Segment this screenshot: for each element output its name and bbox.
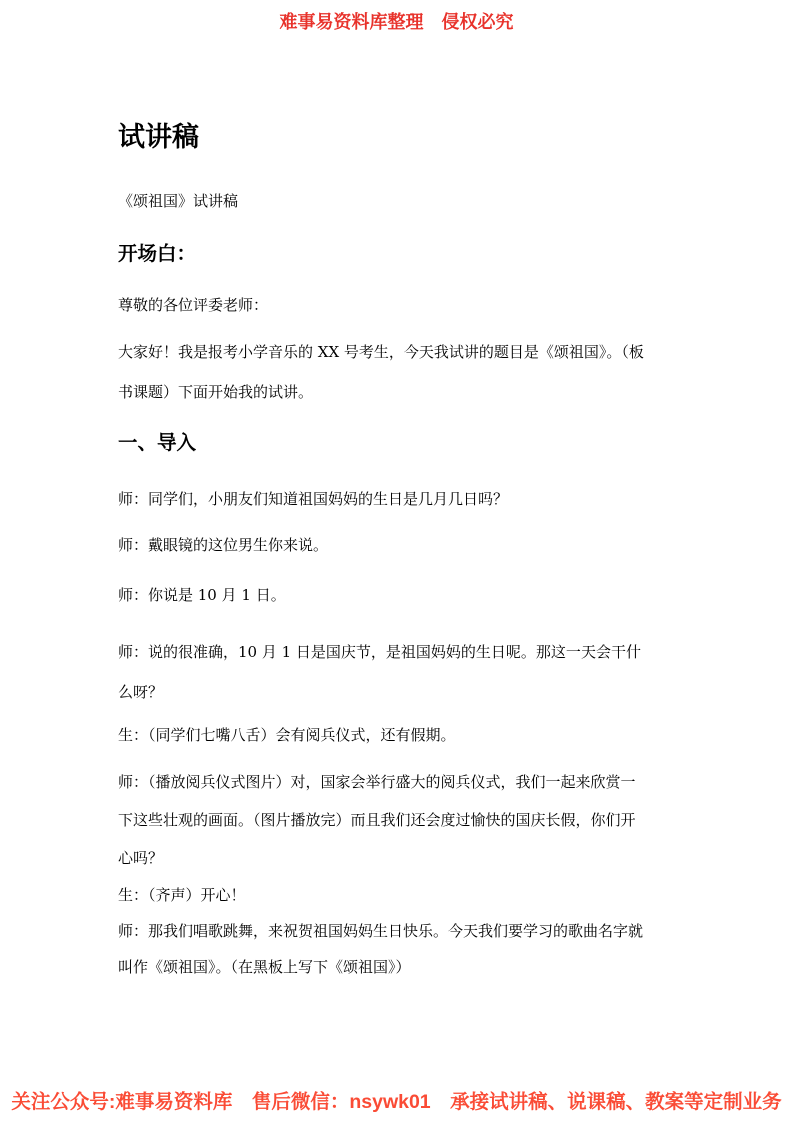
header-watermark-notice: 难事易资料库整理 侵权必究 — [0, 11, 793, 33]
section-heading-lead-in: 一、导入 — [118, 429, 678, 457]
section-heading-opening: 开场白： — [118, 240, 678, 268]
doc-paragraph: 生：（齐声）开心！ — [118, 877, 678, 913]
doc-paragraph: 师：（播放阅兵仪式图片）对，国家会举行盛大的阅兵仪式，我们一起来欣赏一 下这些壮… — [118, 763, 678, 877]
doc-paragraph: 师：说的很准确，10 月 1 日是国庆节，是祖国妈妈的生日呢。那这一天会干什 么… — [118, 632, 678, 712]
document-title: 试讲稿 — [118, 121, 678, 155]
doc-paragraph: 师：那我们唱歌跳舞，来祝贺祖国妈妈生日快乐。今天我们要学习的歌曲名字就 叫作《颂… — [118, 913, 678, 985]
doc-paragraph: 师：同学们，小朋友们知道祖国妈妈的生日是几月几日吗？ — [118, 479, 678, 519]
footer-watermark-notice: 关注公众号:难事易资料库 售后微信：nsywk01 承接试讲稿、说课稿、教案等定… — [0, 1090, 793, 1114]
document-subtitle: 《颂祖国》试讲稿 — [118, 181, 678, 221]
doc-paragraph: 师：戴眼镜的这位男生你来说。 — [118, 525, 678, 565]
doc-paragraph-salutation: 尊敬的各位评委老师： — [118, 285, 678, 325]
doc-paragraph: 师：你说是 10 月 1 日。 — [118, 575, 678, 615]
document-body: 试讲稿 《颂祖国》试讲稿 开场白： 尊敬的各位评委老师： 大家好！我是报考小学音… — [118, 121, 678, 985]
doc-paragraph-greeting: 大家好！我是报考小学音乐的 XX 号考生，今天我试讲的题目是《颂祖国》。（板 书… — [118, 332, 678, 412]
doc-paragraph: 生：（同学们七嘴八舌）会有阅兵仪式，还有假期。 — [118, 715, 678, 755]
